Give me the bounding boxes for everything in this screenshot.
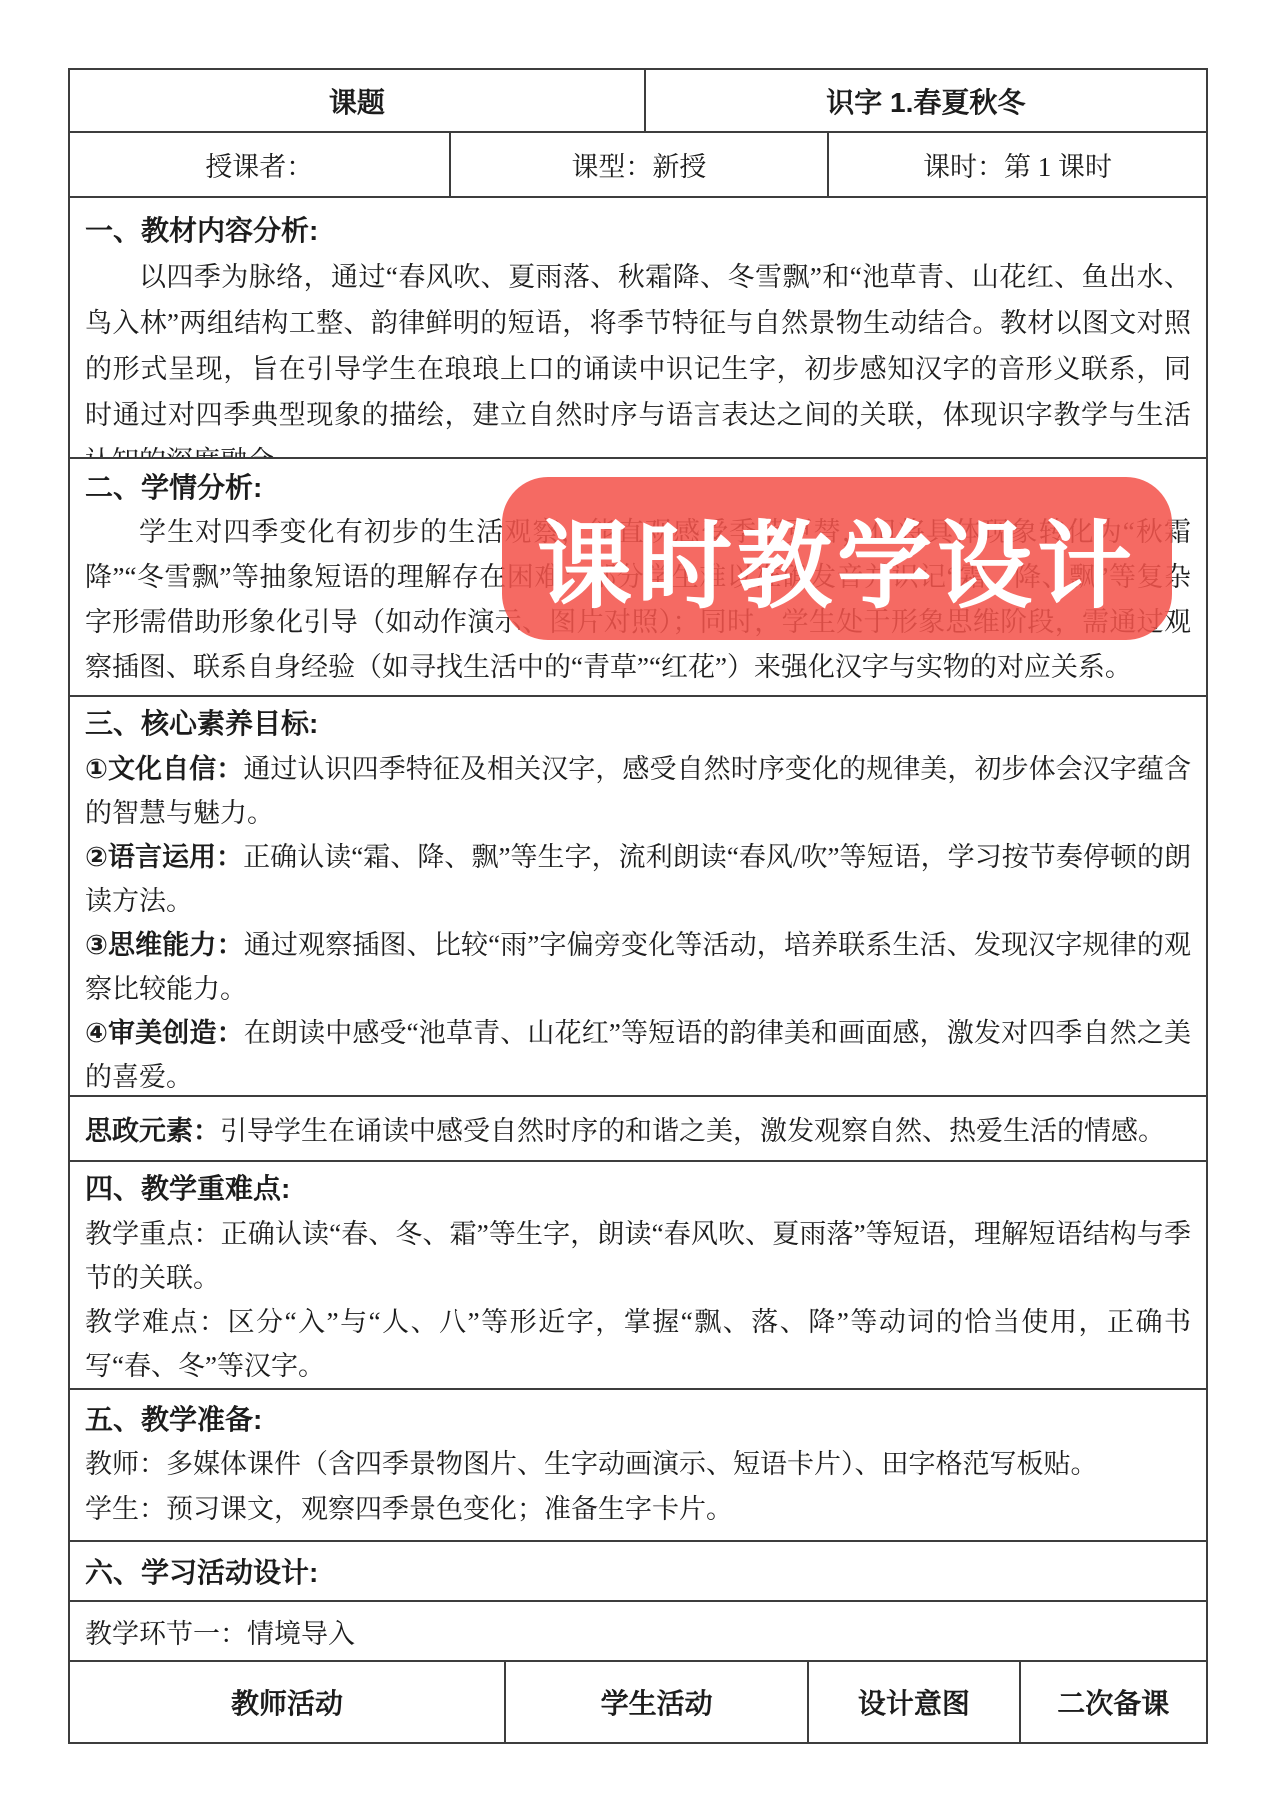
goal-text-aesthetic: 在朗读中感受“池草青、山花红”等短语的韵律美和画面感，激发对四季自然之美的喜爱。 — [85, 1018, 1191, 1092]
section-ideology: 思政元素：引导学生在诵读中感受自然时序的和谐之美，激发观察自然、热爱生活的情感。 — [70, 1095, 1206, 1160]
activity-columns-row: 教师活动 学生活动 设计意图 二次备课 — [70, 1660, 1206, 1742]
title-label-cell: 课题 — [70, 70, 644, 131]
course-type: 课型：新授 — [571, 145, 706, 184]
ideology-line: 思政元素：引导学生在诵读中感受自然时序的和谐之美，激发观察自然、热爱生活的情感。 — [85, 1109, 1165, 1148]
section-goals-heading: 三、核心素养目标: — [85, 701, 1191, 747]
goal-label-thinking: ③思维能力： — [85, 930, 244, 960]
title-label: 课题 — [329, 81, 385, 121]
title-value-cell: 识字 1.春夏秋冬 — [644, 70, 1206, 131]
section-preparation-heading: 五、教学准备: — [85, 1397, 1191, 1442]
section-material-paragraph: 以四季为脉络，通过“春风吹、夏雨落、秋霜降、冬雪飘”和“池草青、山花红、鱼出水、… — [85, 254, 1191, 457]
teaching-focus-line: 教学重点：正确认读“春、冬、霜”等生字，朗读“春风吹、夏雨落”等短语，理解短语结… — [85, 1212, 1191, 1300]
section-keypoints-heading: 四、教学重难点: — [85, 1166, 1191, 1212]
teacher-label: 授课者： — [205, 145, 313, 184]
watermark-banner-text: 课时教学设计 — [537, 491, 1137, 627]
goal-item-thinking: ③思维能力：通过观察插图、比较“雨”字偏旁变化等活动，培养联系生活、发现汉字规律… — [85, 923, 1191, 1011]
period-cell: 课时：第 1 课时 — [827, 133, 1206, 196]
column-teacher-activity: 教师活动 — [70, 1662, 504, 1742]
teaching-difficulty-line: 教学难点：区分“入”与“人、八”等形近字，掌握“飘、落、降”等动词的恰当使用，正… — [85, 1300, 1191, 1388]
course-type-cell: 课型：新授 — [449, 133, 828, 196]
lesson-title: 识字 1.春夏秋冬 — [826, 81, 1025, 121]
goal-label-culture: ①文化自信： — [85, 754, 243, 784]
section-core-goals: 三、核心素养目标: ①文化自信：通过认识四季特征及相关汉字，感受自然时序变化的规… — [70, 695, 1206, 1095]
section-preparation: 五、教学准备: 教师：多媒体课件（含四季景物图片、生字动画演示、短语卡片）、田字… — [70, 1388, 1206, 1540]
section-material-analysis: 一、教材内容分析: 以四季为脉络，通过“春风吹、夏雨落、秋霜降、冬雪飘”和“池草… — [70, 196, 1206, 457]
teacher-cell: 授课者： — [70, 133, 449, 196]
preparation-teacher-line: 教师：多媒体课件（含四季景物图片、生字动画演示、短语卡片）、田字格范写板贴。 — [85, 1442, 1191, 1487]
column-second-prep: 二次备课 — [1019, 1662, 1206, 1742]
preparation-student-line: 学生：预习课文，观察四季景色变化；准备生字卡片。 — [85, 1487, 1191, 1532]
section-activities-heading: 六、学习活动设计: — [85, 1551, 318, 1591]
column-design-intent: 设计意图 — [807, 1662, 1018, 1742]
goal-item-language: ②语言运用：正确认读“霜、降、飘”等生字，流利朗读“春风/吹”等短语，学习按节奏… — [85, 835, 1191, 923]
goal-text-culture: 通过认识四季特征及相关汉字，感受自然时序变化的规律美，初步体会汉字蕴含的智慧与魅… — [85, 754, 1191, 828]
goal-label-aesthetic: ④审美创造： — [85, 1018, 244, 1048]
info-row: 授课者： 课型：新授 课时：第 1 课时 — [70, 131, 1206, 196]
title-row: 课题 识字 1.春夏秋冬 — [70, 70, 1206, 131]
watermark-banner: 课时教学设计 — [502, 477, 1172, 640]
section-activity-design: 六、学习活动设计: — [70, 1540, 1206, 1600]
goal-item-aesthetic: ④审美创造：在朗读中感受“池草青、山花红”等短语的韵律美和画面感，激发对四季自然… — [85, 1011, 1191, 1095]
period: 课时：第 1 课时 — [923, 145, 1112, 184]
section-material-heading: 一、教材内容分析: — [85, 208, 1191, 254]
goal-text-thinking: 通过观察插图、比较“雨”字偏旁变化等活动，培养联系生活、发现汉字规律的观察比较能… — [85, 930, 1191, 1004]
goal-item-culture: ①文化自信：通过认识四季特征及相关汉字，感受自然时序变化的规律美，初步体会汉字蕴… — [85, 747, 1191, 835]
lesson-plan-page: 课题 识字 1.春夏秋冬 授课者： 课型：新授 课时：第 1 课时 — [0, 0, 1280, 1810]
goal-label-language: ②语言运用： — [85, 842, 243, 872]
ideology-label: 思政元素： — [85, 1116, 220, 1146]
ideology-text: 引导学生在诵读中感受自然时序的和谐之美，激发观察自然、热爱生活的情感。 — [220, 1116, 1165, 1146]
goal-text-language: 正确认读“霜、降、飘”等生字，流利朗读“春风/吹”等短语，学习按节奏停顿的朗读方… — [85, 842, 1191, 916]
activity-stage-label: 教学环节一：情境导入 — [85, 1612, 355, 1651]
column-student-activity: 学生活动 — [504, 1662, 807, 1742]
lesson-plan-table: 课题 识字 1.春夏秋冬 授课者： 课型：新授 课时：第 1 课时 — [68, 68, 1208, 1744]
section-key-points: 四、教学重难点: 教学重点：正确认读“春、冬、霜”等生字，朗读“春风吹、夏雨落”… — [70, 1160, 1206, 1388]
activity-stage-row: 教学环节一：情境导入 — [70, 1600, 1206, 1660]
